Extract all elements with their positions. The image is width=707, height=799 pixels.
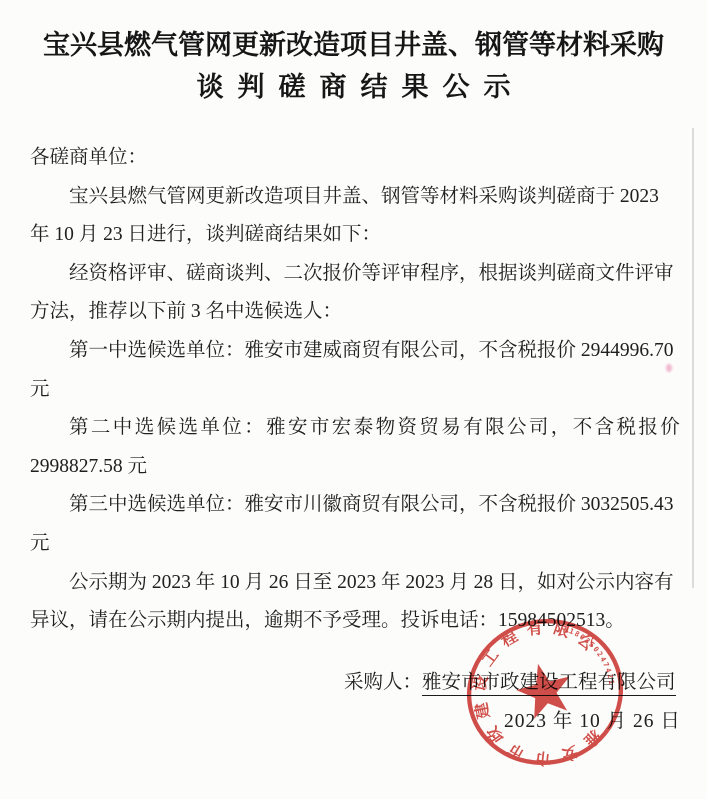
- body-line: 宝兴县燃气管网更新改造项目井盖、钢管等材料采购谈判磋商于 2023: [30, 178, 680, 217]
- title-line-1: 宝兴县燃气管网更新改造项目井盖、钢管等材料采购: [0, 24, 707, 66]
- body-line: 元: [30, 371, 680, 410]
- document-page: 宝兴县燃气管网更新改造项目井盖、钢管等材料采购 谈判磋商结果公示 各磋商单位：宝…: [0, 0, 707, 799]
- document-body: 各磋商单位：宝兴县燃气管网更新改造项目井盖、钢管等材料采购谈判磋商于 2023年…: [30, 139, 680, 641]
- body-line: 第一中选候选单位：雅安市建威商贸有限公司，不含税报价 2944996.70: [30, 332, 680, 371]
- scan-artifact-speck: [666, 364, 672, 372]
- document-title: 宝兴县燃气管网更新改造项目井盖、钢管等材料采购 谈判磋商结果公示: [0, 24, 707, 108]
- body-line: 方法，推荐以下前 3 名中选候选人：: [30, 293, 680, 332]
- title-line-2: 谈判磋商结果公示: [0, 66, 707, 108]
- scan-artifact-line: [692, 128, 694, 588]
- purchaser-label: 采购人：: [344, 672, 422, 693]
- body-line: 年 10 月 23 日进行，谈判磋商结果如下：: [30, 216, 680, 255]
- body-line: 各磋商单位：: [30, 139, 680, 178]
- body-line: 元: [30, 525, 680, 564]
- body-line: 2998827.58 元: [30, 448, 680, 487]
- body-line: 经资格评审、磋商谈判、二次报价等评审程序，根据谈判磋商文件评审: [30, 255, 680, 294]
- body-line: 公示期为 2023 年 10 月 26 日至 2023 年 2023 月 28 …: [30, 564, 680, 603]
- company-seal-stamp: 雅安市市政建设工程有限公司 5180350247421: [456, 610, 634, 774]
- seal-star-icon: [511, 657, 577, 721]
- body-line: 第二中选候选单位：雅安市宏泰物资贸易有限公司，不含税报价: [30, 409, 680, 448]
- body-line: 第三中选候选单位：雅安市川徽商贸有限公司，不含税报价 3032505.43: [30, 486, 680, 525]
